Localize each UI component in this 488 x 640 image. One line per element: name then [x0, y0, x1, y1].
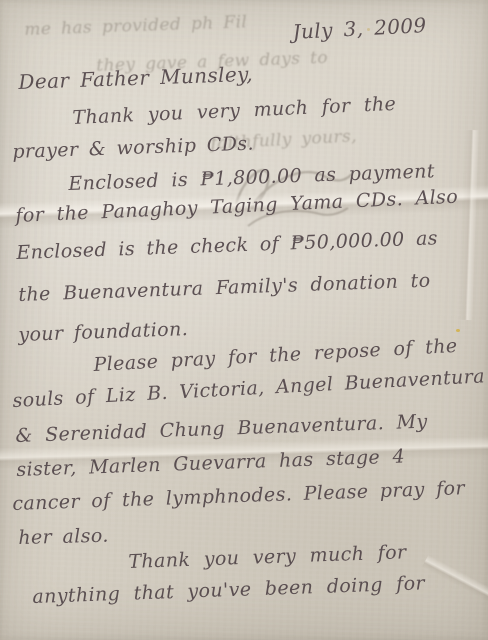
- letter-line: cancer of the lymphnodes. Please pray fo…: [12, 477, 465, 515]
- letter-line: prayer & worship CDs.: [12, 133, 254, 163]
- letter-line: sister, Marlen Guevarra has stage 4: [16, 445, 405, 481]
- letter-line: your foundation.: [18, 318, 188, 346]
- corner-crease: [422, 555, 488, 610]
- letter-line: & Serenidad Chung Buenaventura. My: [15, 411, 428, 447]
- letter-line: her also.: [18, 525, 109, 549]
- letter-page: me has provided ph Fil they gave a few d…: [0, 0, 488, 640]
- bleed-through-line: me has provided ph Fil: [24, 12, 248, 40]
- salutation-line: Dear Father Munsley,: [18, 62, 253, 94]
- edge-crease: [459, 130, 480, 320]
- letter-line: anything that you've been doing for: [32, 572, 425, 608]
- paper-speck: [456, 329, 460, 332]
- letter-line: the Buenaventura Family's donation to: [18, 270, 431, 306]
- letter-line: souls of Liz B. Victoria, Angel Buenaven…: [12, 365, 485, 412]
- date-line: July 3, 2009: [292, 13, 427, 44]
- letter-line: Thank you very much for the: [72, 93, 397, 129]
- letter-line: Thank you very much for: [128, 541, 407, 573]
